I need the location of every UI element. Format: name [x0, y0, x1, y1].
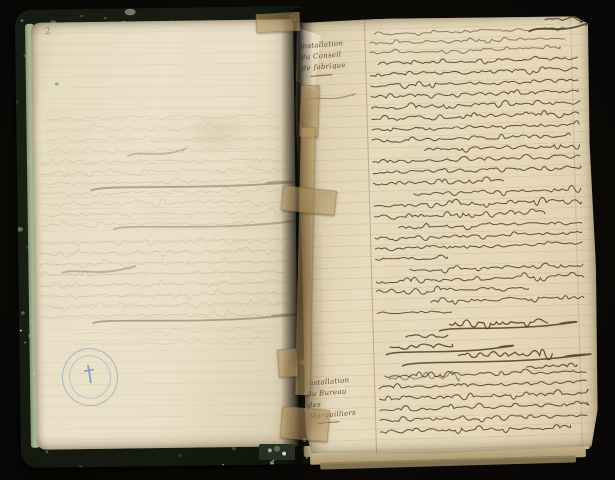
script-line: [372, 132, 570, 143]
script-line: [374, 27, 564, 37]
signature: [527, 363, 577, 369]
script-line: [385, 367, 586, 378]
script-line: [371, 77, 578, 90]
script-line: [370, 35, 565, 46]
marble-speck: [20, 330, 22, 332]
marble-patch: [16, 227, 23, 232]
script-line: [380, 423, 570, 436]
bleedthrough-line: [41, 289, 285, 301]
photo-backdrop: 2 † installation du Conseil de fabrique …: [0, 0, 615, 480]
bleedthrough-line: [41, 156, 283, 165]
script-line: [372, 109, 579, 123]
marble-speck: [45, 451, 48, 454]
marble-speck: [15, 100, 19, 104]
marble-speck: [24, 342, 26, 344]
bleedthrough-line: [41, 176, 283, 185]
bleedthrough-line: [41, 166, 284, 178]
manuscript-handwriting: [293, 13, 601, 457]
script-line: [373, 165, 581, 176]
marble-patch: [125, 9, 136, 16]
script-line: [376, 271, 584, 286]
bleedthrough-line: [42, 198, 284, 209]
marble-speck: [222, 464, 224, 466]
script-line: [375, 241, 582, 251]
tape-repair: [256, 12, 301, 33]
marble-speck: [178, 454, 182, 458]
marble-speck: [80, 15, 82, 17]
script-line: [371, 98, 580, 111]
script-line: [380, 411, 587, 424]
bleedthrough-line: [41, 187, 283, 197]
script-line: [377, 310, 451, 315]
folio-scribble: [545, 17, 581, 22]
script-line: [372, 121, 579, 132]
script-line: [374, 209, 545, 221]
bleedthrough-line: [41, 268, 285, 276]
signature: [390, 343, 453, 349]
script-line: [425, 144, 580, 154]
script-line: [370, 45, 561, 56]
bleedthrough-line: [42, 208, 286, 219]
bleedthrough-line: [41, 279, 287, 290]
marble-speck: [20, 19, 23, 22]
script-line: [380, 400, 589, 412]
script-line: [375, 230, 582, 242]
tape-repair: [277, 348, 298, 377]
library-stamp: †: [58, 344, 122, 410]
tape-repair: [280, 406, 331, 442]
script-line: [378, 55, 577, 67]
left-page: 2 †: [31, 19, 299, 450]
script-line: [379, 378, 586, 389]
script-line: [376, 255, 448, 261]
bleedthrough-line: [42, 218, 284, 229]
bleedthrough-line: [75, 326, 273, 337]
bleedthrough-line: [40, 257, 285, 269]
bleedthrough-line: [46, 122, 280, 133]
script-line: [371, 88, 578, 100]
script-line: [410, 262, 583, 274]
marble-speck: [270, 461, 274, 465]
script-line: [373, 176, 503, 186]
marble-speck: [21, 311, 24, 314]
script-line: [374, 196, 581, 211]
script-line: [399, 219, 582, 231]
marble-speck: [79, 465, 83, 468]
bleedthrough-line: [46, 114, 281, 122]
bleedthrough-line: [40, 237, 284, 247]
script-line: [431, 294, 584, 305]
cover-edge-bit: [259, 444, 295, 460]
bleedthrough-line: [47, 134, 281, 144]
marble-speck: [104, 17, 106, 19]
signature: [406, 334, 448, 338]
script-line: [414, 185, 581, 198]
script-line: [379, 389, 588, 403]
bleedthrough-line: [41, 299, 286, 311]
bleedthrough-line: [40, 246, 284, 258]
script-line: [370, 66, 577, 79]
marble-speck: [17, 31, 19, 33]
right-page: installation du Conseil de fabrique inst…: [293, 13, 601, 457]
script-line: [373, 153, 580, 164]
script-line: [376, 284, 528, 296]
